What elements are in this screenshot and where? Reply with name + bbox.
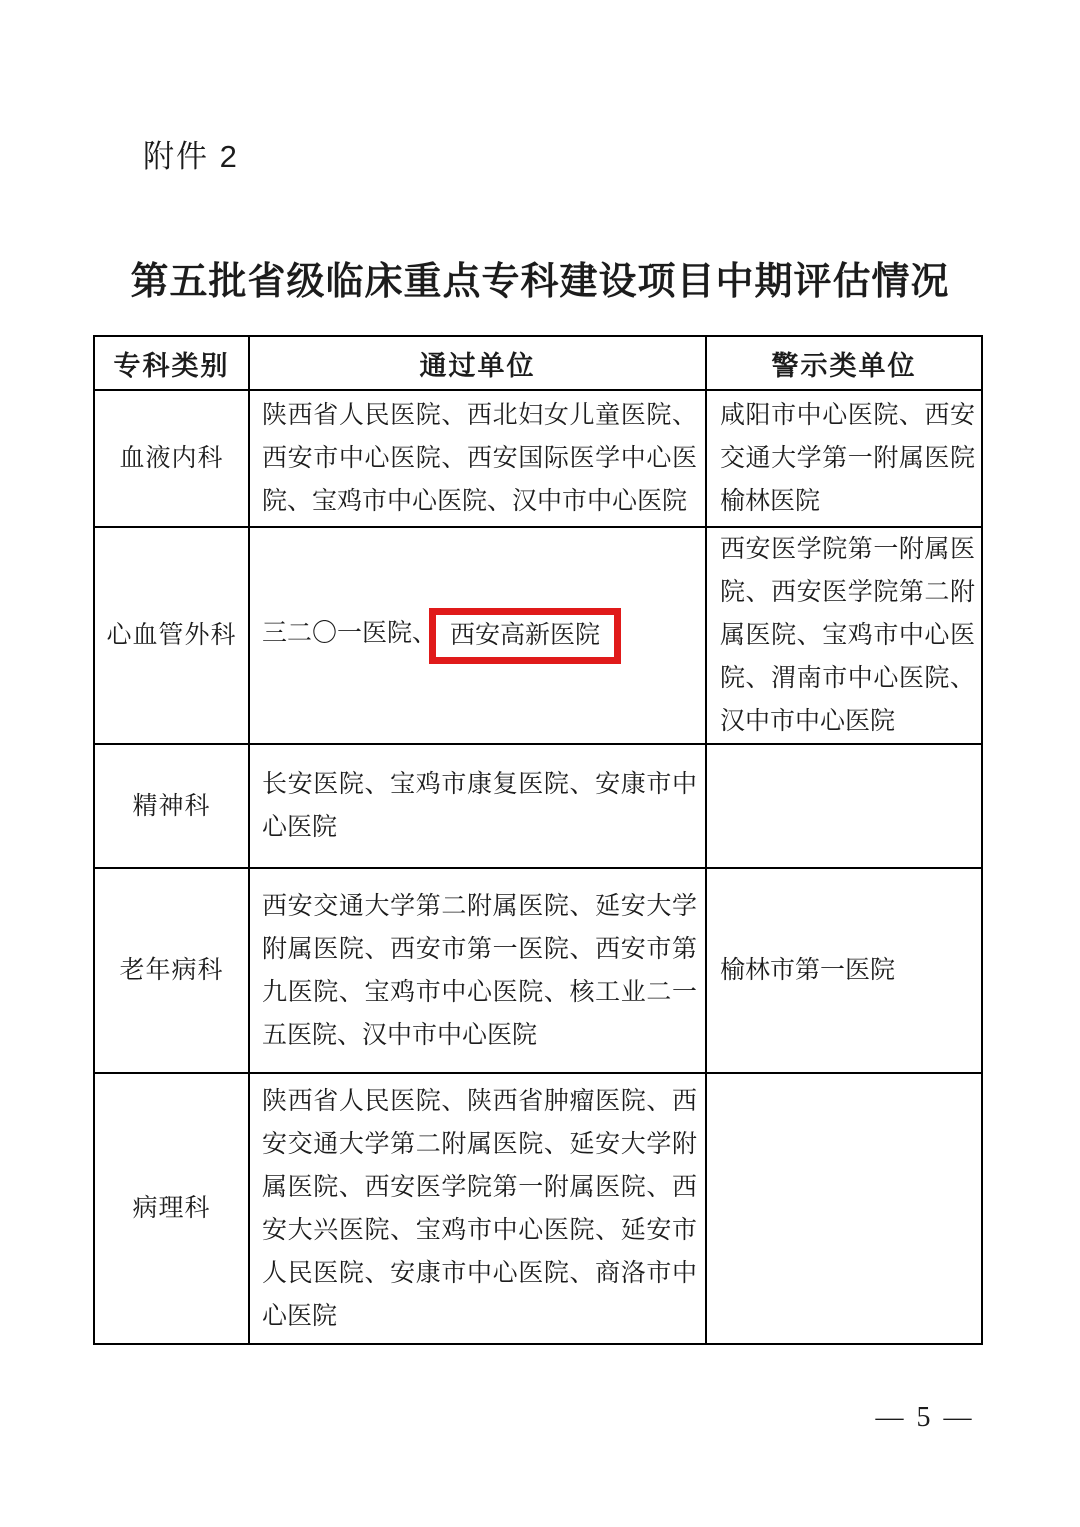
category-cell: 老年病科 — [94, 868, 249, 1073]
category-cell: 心血管外科 — [94, 527, 249, 744]
unit-text-line: 陕西省人民医院、西北妇女儿童医院、 — [262, 394, 697, 437]
pass-units-prefix: 三二〇一医院、 — [262, 620, 437, 647]
table-row: 精神科 长安医院、宝鸡市康复医院、安康市中心医院 — [94, 744, 982, 868]
unit-text-line: 附属医院、西安市第一医院、西安市第 — [262, 928, 697, 971]
pass-units-cell: 陕西省人民医院、陕西省肿瘤医院、西安交通大学第二附属医院、延安大学附属医院、西安… — [249, 1073, 706, 1344]
unit-text-line: 属医院、宝鸡市中心医 — [720, 614, 975, 657]
unit-text-line: 院、西安医学院第二附 — [720, 571, 975, 614]
table-row: 老年病科 西安交通大学第二附属医院、延安大学附属医院、西安市第一医院、西安市第九… — [94, 868, 982, 1073]
unit-text-line: 安交通大学第二附属医院、延安大学附 — [262, 1123, 697, 1166]
unit-text-line: 心医院 — [262, 806, 697, 849]
unit-text-line: 汉中市中心医院 — [720, 700, 975, 743]
warning-units-cell — [706, 1073, 982, 1344]
unit-text-line: 人民医院、安康市中心医院、商洛市中 — [262, 1252, 697, 1295]
unit-text-line: 长安医院、宝鸡市康复医院、安康市中 — [262, 763, 697, 806]
header-pass-units: 通过单位 — [249, 336, 706, 390]
table-row: 心血管外科 三二〇一医院、西安高新医院 西安医学院第一附属医院、西安医学院第二附… — [94, 527, 982, 744]
pass-units-cell: 三二〇一医院、西安高新医院 — [249, 527, 706, 744]
unit-text-line: 交通大学第一附属医院 — [720, 437, 975, 480]
unit-text-line: 咸阳市中心医院、西安 — [720, 394, 975, 437]
attachment-label: 附件 2 — [143, 131, 239, 176]
pass-units-cell: 长安医院、宝鸡市康复医院、安康市中心医院 — [249, 744, 706, 868]
warning-units-cell: 榆林市第一医院 — [706, 868, 982, 1073]
highlighted-hospital: 西安高新医院 — [450, 622, 600, 649]
warning-units-cell: 西安医学院第一附属医院、西安医学院第二附属医院、宝鸡市中心医院、渭南市中心医院、… — [706, 527, 982, 744]
unit-text-line: 九医院、宝鸡市中心医院、核工业二一 — [262, 971, 697, 1014]
unit-text-line: 院、渭南市中心医院、 — [720, 657, 975, 700]
category-cell: 血液内科 — [94, 390, 249, 527]
category-cell: 精神科 — [94, 744, 249, 868]
page-title: 第五批省级临床重点专科建设项目中期评估情况 — [0, 250, 1080, 305]
table-header-row: 专科类别 通过单位 警示类单位 — [94, 336, 982, 390]
evaluation-table: 专科类别 通过单位 警示类单位 血液内科 陕西省人民医院、西北妇女儿童医院、西安… — [93, 335, 983, 1345]
unit-text-line: 心医院 — [262, 1295, 697, 1338]
pass-units-text: 三二〇一医院、西安高新医院 — [262, 620, 621, 647]
page-number: — 5 — — [855, 1402, 995, 1434]
table-row: 病理科 陕西省人民医院、陕西省肿瘤医院、西安交通大学第二附属医院、延安大学附属医… — [94, 1073, 982, 1344]
table-row: 血液内科 陕西省人民医院、西北妇女儿童医院、西安市中心医院、西安国际医学中心医院… — [94, 390, 982, 527]
document-page: 附件 2 第五批省级临床重点专科建设项目中期评估情况 专科类别 通过单位 警示类… — [0, 0, 1080, 1527]
unit-text-line: 院、宝鸡市中心医院、汉中市中心医院 — [262, 480, 697, 523]
unit-text-line: 西安交通大学第二附属医院、延安大学 — [262, 885, 697, 928]
unit-text-line: 陕西省人民医院、陕西省肿瘤医院、西 — [262, 1080, 697, 1123]
category-cell: 病理科 — [94, 1073, 249, 1344]
pass-units-cell: 西安交通大学第二附属医院、延安大学附属医院、西安市第一医院、西安市第九医院、宝鸡… — [249, 868, 706, 1073]
red-highlight-box: 西安高新医院 — [429, 608, 621, 664]
unit-text-line: 榆林市第一医院 — [720, 949, 975, 992]
header-specialty-category: 专科类别 — [94, 336, 249, 390]
unit-text-line: 属医院、西安医学院第一附属医院、西 — [262, 1166, 697, 1209]
pass-units-cell: 陕西省人民医院、西北妇女儿童医院、西安市中心医院、西安国际医学中心医院、宝鸡市中… — [249, 390, 706, 527]
warning-units-cell — [706, 744, 982, 868]
warning-units-cell: 咸阳市中心医院、西安交通大学第一附属医院榆林医院 — [706, 390, 982, 527]
unit-text-line: 西安医学院第一附属医 — [720, 528, 975, 571]
unit-text-line: 安大兴医院、宝鸡市中心医院、延安市 — [262, 1209, 697, 1252]
header-warning-units: 警示类单位 — [706, 336, 982, 390]
unit-text-line: 西安市中心医院、西安国际医学中心医 — [262, 437, 697, 480]
unit-text-line: 五医院、汉中市中心医院 — [262, 1014, 697, 1057]
unit-text-line: 榆林医院 — [720, 480, 975, 523]
